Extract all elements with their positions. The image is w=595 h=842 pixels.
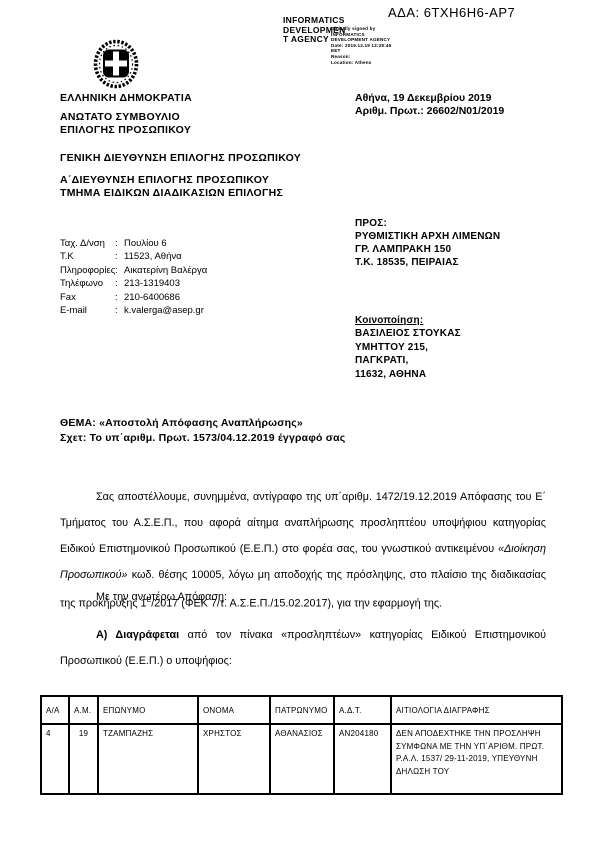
colon: : bbox=[115, 277, 124, 290]
contact-email-value: k.valerga@asep.gr bbox=[124, 304, 204, 317]
signature-detail-line: Location: Athens bbox=[331, 60, 391, 66]
table-row: 4 19 ΤΖΑΜΠΑΖΗΣ ΧΡΗΣΤΟΣ ΑΘΑΝΑΣΙΟΣ ΑΝ20418… bbox=[41, 724, 562, 794]
contact-row: Πληροφορίες : Αικατερίνη Βαλέργα bbox=[60, 264, 290, 277]
letterhead-republic: ΕΛΛΗΝΙΚΗ ΔΗΜΟΚΡΑΤΙΑ bbox=[60, 92, 192, 104]
letterhead-department: ΤΜΗΜΑ ΕΙΔΙΚΩΝ ΔΙΑΔΙΚΑΣΙΩΝ ΕΠΙΛΟΓΗΣ bbox=[60, 187, 283, 199]
contact-label: Ταχ. Δ/νση bbox=[60, 237, 115, 250]
colon: : bbox=[115, 304, 124, 317]
deletion-paragraph: Α) Διαγράφεται από τον πίνακα «προσληπτέ… bbox=[60, 622, 546, 674]
letterhead-council-line1: ΑΝΩΤΑΤΟ ΣΥΜΒΟΥΛΙΟ bbox=[60, 111, 180, 123]
ada-code: ΑΔΑ: 6ΤΧΗ6Η6-ΑΡ7 bbox=[388, 5, 515, 20]
document-page: ΑΔΑ: 6ΤΧΗ6Η6-ΑΡ7 INFORMATICS DEVELOPMEN … bbox=[0, 0, 595, 842]
contact-value: 210-6400686 bbox=[124, 291, 180, 304]
contact-row: E-mail : k.valerga@asep.gr bbox=[60, 304, 290, 317]
reference-line: Σχετ: Το υπ΄αριθμ. Πρωτ. 1573/04.12.2019… bbox=[60, 432, 345, 444]
subject-line: ΘΕΜΑ: «Αποστολή Απόφασης Αναπλήρωσης» bbox=[60, 417, 303, 429]
contact-row: Τ.Κ : 11523, Αθήνα bbox=[60, 250, 290, 263]
colon: : bbox=[115, 264, 124, 277]
cc-line: ΥΜΗΤΤΟΥ 215, bbox=[355, 341, 461, 354]
contact-label: E-mail bbox=[60, 304, 115, 317]
recipient-block: ΠΡΟΣ: ΡΥΘΜΙΣΤΙΚΗ ΑΡΧΗ ΛΙΜΕΝΩΝ ΓΡ. ΛΑΜΠΡΑ… bbox=[355, 217, 500, 269]
table-header-row: Α/Α Α.Μ. ΕΠΩΝΥΜΟ ΟΝΟΜΑ ΠΑΤΡΩΝΥΜΟ Α.Δ.Τ. … bbox=[41, 696, 562, 724]
header-cell-am: Α.Μ. bbox=[69, 696, 98, 724]
contact-value: 213-1319403 bbox=[124, 277, 180, 290]
contact-label: Πληροφορίες bbox=[60, 264, 115, 277]
digital-signature-details: Digitally signed by INFORMATICS DEVELOPM… bbox=[331, 26, 391, 65]
cell-father: ΑΘΑΝΑΣΙΟΣ bbox=[270, 724, 334, 794]
cc-line: 11632, ΑΘΗΝΑ bbox=[355, 368, 461, 381]
signature-detail-line: DEVELOPMENT AGENCY bbox=[331, 37, 391, 43]
letterhead-general-directorate: ΓΕΝΙΚΗ ΔΙΕΥΘΥΝΣΗ ΕΠΙΛΟΓΗΣ ΠΡΟΣΩΠΙΚΟΥ bbox=[60, 152, 301, 164]
city-date: Αθήνα, 19 Δεκεμβρίου 2019 bbox=[355, 92, 491, 104]
header-cell-surname: ΕΠΩΝΥΜΟ bbox=[98, 696, 198, 724]
cell-am: 19 bbox=[69, 724, 98, 794]
recipient-line: ΓΡ. ΛΑΜΠΡΑΚΗ 150 bbox=[355, 243, 500, 256]
contact-value: Πουλίου 6 bbox=[124, 237, 167, 250]
cell-surname: ΤΖΑΜΠΑΖΗΣ bbox=[98, 724, 198, 794]
cell-name: ΧΡΗΣΤΟΣ bbox=[198, 724, 270, 794]
colon: : bbox=[115, 237, 124, 250]
deletion-keyword: Α) Διαγράφεται bbox=[96, 629, 179, 641]
header-cell-aa: Α/Α bbox=[41, 696, 69, 724]
cc-line: ΠΑΓΚΡΑΤΙ, bbox=[355, 354, 461, 367]
cc-line: ΒΑΣΙΛΕΙΟΣ ΣΤΟΥΚΑΣ bbox=[355, 327, 461, 340]
contact-row: Fax : 210-6400686 bbox=[60, 291, 290, 304]
protocol-number: Αριθμ. Πρωτ.: 26602/Ν01/2019 bbox=[355, 105, 504, 117]
contact-value: Αικατερίνη Βαλέργα bbox=[124, 264, 207, 277]
body-text: Σας αποστέλλουμε, συνημμένα, αντίγραφο τ… bbox=[60, 491, 546, 555]
letterhead-directorate: Α΄ΔΙΕΥΘΥΝΣΗ ΕΠΙΛΟΓΗΣ ΠΡΟΣΩΠΙΚΟΥ bbox=[60, 174, 269, 186]
letterhead-council-line2: ΕΠΙΛΟΓΗΣ ΠΡΟΣΩΠΙΚΟΥ bbox=[60, 124, 191, 136]
cc-block: Κοινοποίηση: ΒΑΣΙΛΕΙΟΣ ΣΤΟΥΚΑΣ ΥΜΗΤΤΟΥ 2… bbox=[355, 314, 461, 381]
contact-row: Ταχ. Δ/νση : Πουλίου 6 bbox=[60, 237, 290, 250]
contact-label: Τηλέφωνο bbox=[60, 277, 115, 290]
contact-value: 11523, Αθήνα bbox=[124, 250, 182, 263]
contact-info-block: Ταχ. Δ/νση : Πουλίου 6 Τ.Κ : 11523, Αθήν… bbox=[60, 237, 290, 317]
cell-reason: ΔΕΝ ΑΠΟΔΕΧΤΗΚΕ ΤΗΝ ΠΡΟΣΛΗΨΗ ΣΥΜΦΩΝΑ ΜΕ Τ… bbox=[391, 724, 562, 794]
cell-aa: 4 bbox=[41, 724, 69, 794]
header-cell-father: ΠΑΤΡΩΝΥΜΟ bbox=[270, 696, 334, 724]
candidates-table: Α/Α Α.Μ. ΕΠΩΝΥΜΟ ΟΝΟΜΑ ΠΑΤΡΩΝΥΜΟ Α.Δ.Τ. … bbox=[40, 695, 561, 795]
recipient-title: ΠΡΟΣ: bbox=[355, 217, 500, 230]
recipient-line: ΡΥΘΜΙΣΤΙΚΗ ΑΡΧΗ ΛΙΜΕΝΩΝ bbox=[355, 230, 500, 243]
cell-adt: ΑΝ204180 bbox=[334, 724, 391, 794]
header-cell-name: ΟΝΟΜΑ bbox=[198, 696, 270, 724]
recipient-line: Τ.Κ. 18535, ΠΕΙΡΑΙΑΣ bbox=[355, 256, 500, 269]
header-cell-reason: ΑΙΤΙΟΛΟΓΙΑ ΔΙΑΓΡΑΦΗΣ bbox=[391, 696, 562, 724]
body-paragraph-2: Με την ανωτέρω Απόφαση: bbox=[96, 591, 227, 603]
contact-label: Fax bbox=[60, 291, 115, 304]
colon: : bbox=[115, 291, 124, 304]
contact-label: Τ.Κ bbox=[60, 250, 115, 263]
greek-emblem-icon bbox=[93, 39, 139, 94]
cc-title: Κοινοποίηση: bbox=[355, 314, 461, 327]
header-cell-adt: Α.Δ.Τ. bbox=[334, 696, 391, 724]
colon: : bbox=[115, 250, 124, 263]
contact-row: Τηλέφωνο : 213-1319403 bbox=[60, 277, 290, 290]
